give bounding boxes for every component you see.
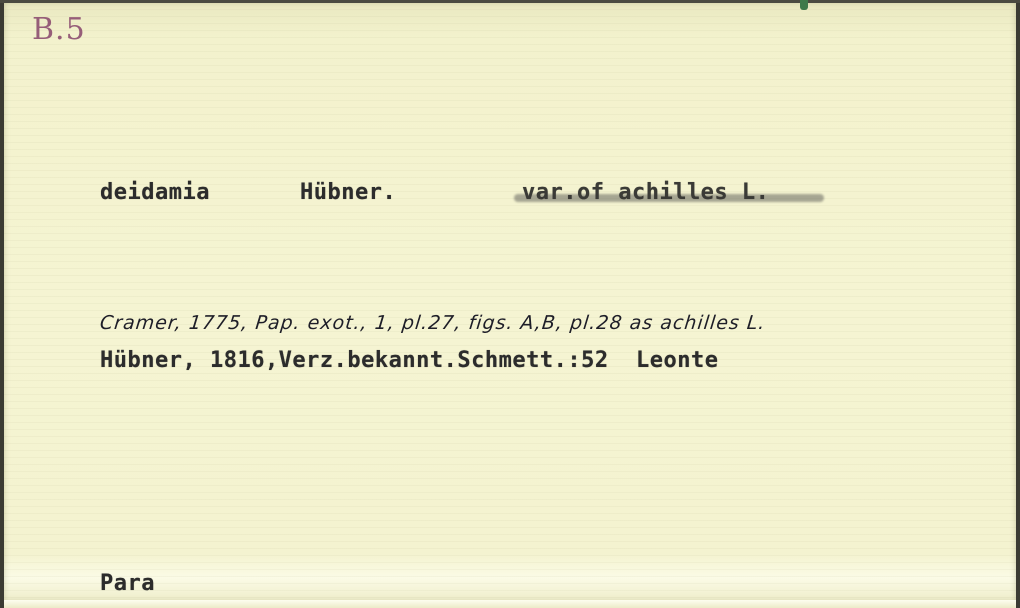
- scan-right-edge: [1016, 0, 1020, 608]
- species-name: deidamia: [100, 180, 210, 205]
- genus-label: Para: [100, 571, 155, 596]
- struck-through-note: var.of achilles L.: [522, 180, 769, 205]
- stamp-code-text: B.5: [32, 12, 86, 47]
- index-card: [4, 2, 1016, 602]
- card-bottom-edge: [4, 600, 1016, 608]
- handwritten-reference: Cramer, 1775, Pap. exot., 1, pl.27, figs…: [99, 312, 767, 334]
- green-tab-marker: [800, 0, 808, 10]
- scan-top-edge: [0, 0, 1020, 3]
- typed-reference: Hübner, 1816,Verz.bekannt.Schmett.:52 Le…: [100, 348, 719, 373]
- species-author: Hübner.: [300, 180, 396, 205]
- stamp-code: B.5: [32, 12, 86, 47]
